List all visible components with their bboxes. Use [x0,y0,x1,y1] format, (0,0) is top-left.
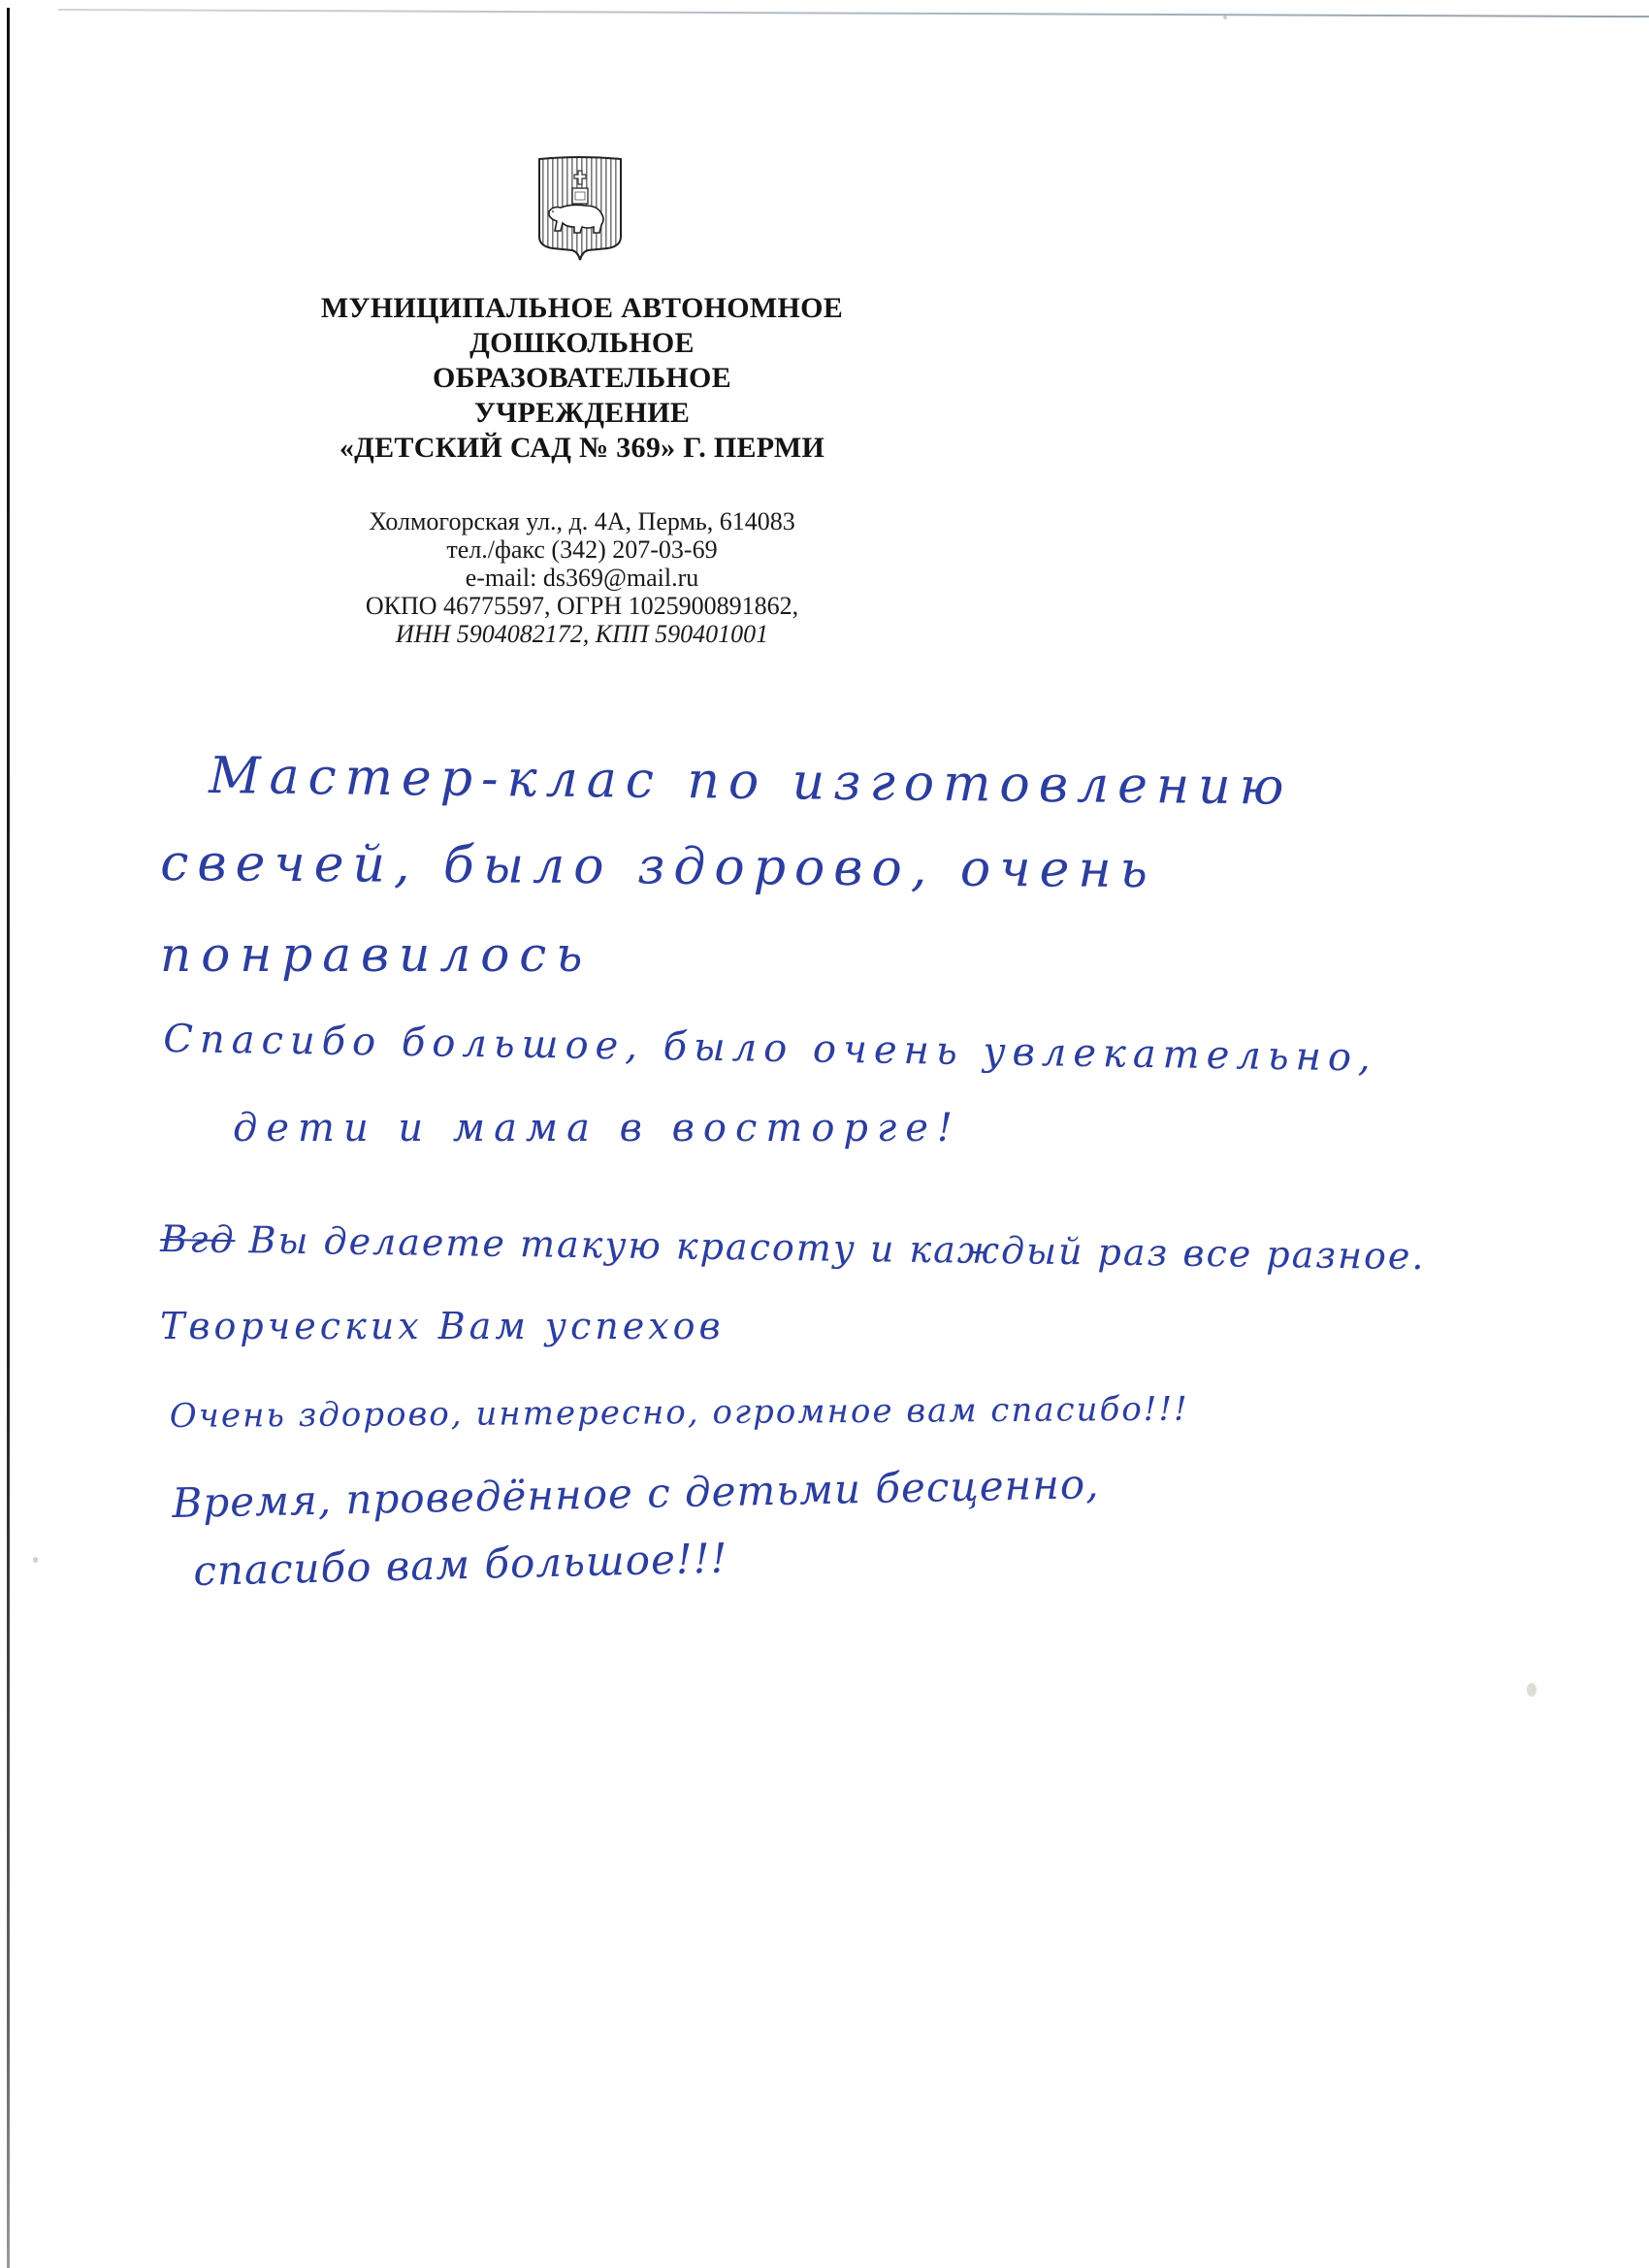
scan-speck [1527,1683,1536,1697]
handwritten-line: свечей, было здорово, очень [160,834,1156,899]
org-name-line: УЧРЕЖДЕНИЕ [0,396,1164,431]
org-name-line: «ДЕТСКИЙ САД № 369» Г. ПЕРМИ [0,431,1164,466]
handwritten-line: понравилось [160,926,593,983]
handwritten-line: Творческих Вам успехов [160,1305,725,1347]
scan-speck [33,1557,38,1563]
scan-speck [1223,16,1227,19]
handwritten-line: дети и мама в восторге! [233,1106,961,1150]
tax-ids: ИНН 5904082172, КПП 590401001 [0,620,1164,648]
handwritten-line: Мастер-клас по изготовлению [209,747,1293,817]
contact-details: Холмогорская ул., д. 4А, Пермь, 614083 т… [0,507,1164,648]
handwritten-line: Время, проведённое с детьми бесценно, [172,1460,1100,1527]
perm-coat-of-arms-bear-icon [537,153,623,262]
org-name-line: МУНИЦИПАЛЬНОЕ АВТОНОМНОЕ [0,291,1164,326]
handwritten-line: Очень здорово, интересно, огромное вам с… [170,1390,1189,1436]
address: Холмогорская ул., д. 4А, Пермь, 614083 [0,507,1164,535]
email: e-mail: ds369@mail.ru [0,564,1164,592]
org-name-line: ДОШКОЛЬНОЕ [0,326,1164,361]
scan-border-top [58,9,1649,17]
org-name-line: ОБРАЗОВАТЕЛЬНОЕ [0,361,1164,396]
handwritten-line: спасибо вам большое!!! [193,1535,728,1595]
handwritten-line: Вгд Вы делаете такую красоту и каждый ра… [160,1217,1426,1278]
phone-fax: тел./факс (342) 207-03-69 [0,535,1164,564]
handwritten-line: Спасибо большое, было очень увлекательно… [163,1017,1377,1081]
handwritten-text: Вы делаете такую красоту и каждый раз вс… [235,1218,1426,1278]
registry-codes: ОКПО 46775597, ОГРН 1025900891862, [0,592,1164,620]
crossed-out-word: Вгд [160,1217,236,1261]
organization-name: МУНИЦИПАЛЬНОЕ АВТОНОМНОЕ ДОШКОЛЬНОЕ ОБРА… [0,291,1164,466]
